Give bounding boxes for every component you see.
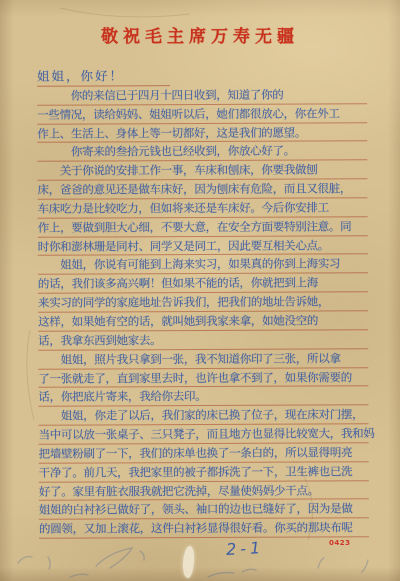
letter-line: 了一张就走了，直到家里去时，也许也拿不到了，如果你需要的 [38,368,368,388]
letter-line: 姐姐，你说有可能到上海来实习，如果真的你到上海实习 [38,255,368,275]
letter-line: 作上、生活上、身体上等一切都好，这是我们的愿望。 [37,123,367,143]
letter-line: 一些情况，读给妈妈、姐姐听以后，她们都很放心，你在外工 [37,104,367,124]
letter-line: 你寄来的叁拾元钱也已经收到，你放心好了。 [37,142,367,162]
letter-body: 姐姐，你好！ 你的来信已于四月十四日收到，知道了你的 一些情况，读给妈妈、姐姐听… [37,66,369,539]
greeting-text: 姐姐，你好！ [37,67,170,87]
letter-line: 这样，如果她有空的话，就叫她到我家来拿，如她没空的 [38,311,368,331]
letter-line: 床，爸爸的意见还是做车床好，因为刨床有危险，而且又很脏， [37,179,367,199]
letter-line: 作上，要做到胆大心细，不要大意，在安全方面要特别注意。同 [38,217,368,237]
letter-line: 姐姐，照片我只拿到一张，我不知道你印了三张，所以拿 [38,349,368,369]
letter-line: 干净了。前几天，我把家里的被子都拆洗了一下，卫生裤也已洗 [39,462,369,482]
letter-line: 车床吃力是比较吃力，但如将来还是车床好。今后你安排工 [38,198,368,218]
letter-line: 姐姐的白衬衫已做好了，领头、袖口的边也已缝好了，因为是做 [39,500,369,520]
letter-line: 姐姐，你好！ [37,66,367,86]
page-number: 2-1 [226,538,265,559]
letter-line: 时你和澎林珊是同村、同学又是同工，因此要互相关心点。 [38,236,368,256]
letter-line: 的话，我们该多高兴啊！但如果不能的话，你就把到上海 [38,274,368,294]
letter-line: 把墙壁粉刷了一下，我们的床单也换了一条白的，所以显得明亮 [39,443,369,463]
letter-line: 话，你把底片寄来，我给你去印。 [38,387,368,407]
letter-line: 的圆领，又加上滚花，这件白衬衫显得很好看。你买的那块布呢 [39,519,369,539]
serial-number-stamp: 0423 [329,539,350,547]
letter-line: 姐姐，你走了以后，我们家的床已换了位子，现在床对门摆， [38,405,368,425]
letter-line: 来实习的同学的家庭地址告诉我们，把我们的地址告诉她， [38,292,368,312]
letter-line: 当中可以放一张桌子、三只凳子，而且地方也显得比较宽大，我和妈 [39,424,369,444]
letter-page: 敬祝毛主席万寿无疆 姐姐，你好！ 你的来信已于四月十四日收到，知道了你的 一些情… [0,0,400,581]
crease-mark [181,545,196,578]
letter-line: 关于你说的安排工作一事，车床和刨床，你要我做刨 [37,161,367,181]
letterhead-slogan: 敬祝毛主席万寿无疆 [0,22,400,47]
letter-line: 好了。家里有脏衣服我就把它洗掉，尽量使妈妈少干点。 [39,481,369,501]
letter-line: 你的来信已于四月十四日收到，知道了你的 [37,85,367,105]
letter-line: 话，我拿东西到她家去。 [38,330,368,350]
